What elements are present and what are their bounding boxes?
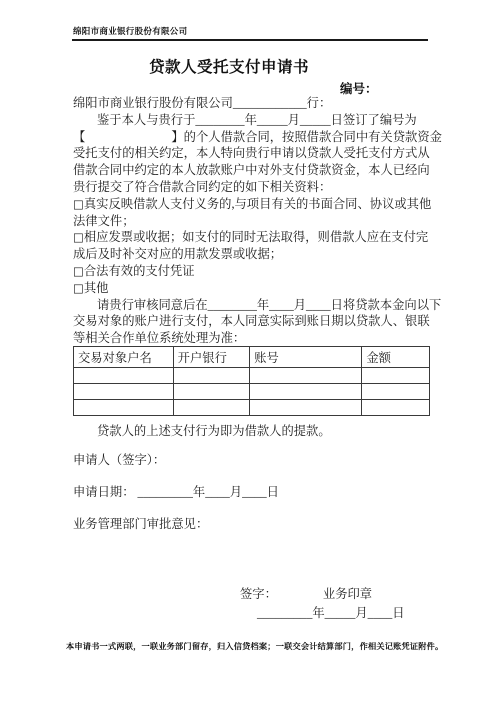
table-cell: [250, 384, 362, 400]
table-cell: [362, 384, 430, 400]
column-header-amount: 金额: [362, 347, 430, 368]
table-header-row: 交易对象户名 开户银行 账号 金额: [74, 347, 430, 368]
checkbox-label: 合法有效的支付凭证: [84, 264, 195, 278]
body-line: 【 】的个人借款合同，按照借款合同中有关贷款资金: [73, 129, 433, 146]
document-page: 绵阳市商业银行股份有限公司 贷款人受托支付申请书 编号： 绵阳市商业银行股份有限…: [0, 0, 500, 707]
signature-label: 签字：: [240, 587, 277, 601]
body-line: 交易对象的账户进行支付，本人同意实际到账日期以贷款人、银联: [73, 313, 433, 330]
application-date-line: 申请日期： _________年____月____日: [73, 482, 433, 500]
table-cell: [173, 400, 250, 416]
payment-table: 交易对象户名 开户银行 账号 金额: [73, 346, 430, 416]
drawdown-note: 贷款人的上述支付行为即为借款人的提款。: [73, 421, 433, 439]
table-cell: [74, 384, 174, 400]
body-line-checkbox: □相应发票或收据；如支付的同时无法取得，则借款人应在支付完: [73, 229, 433, 246]
body-line: 借款合同中约定的本人放款账户中对外支付贷款资金，本人已经向: [73, 162, 433, 179]
business-seal-label: 业务印章: [323, 587, 372, 601]
checkbox-label: 真实反映借款人支付义务的,与项目有关的书面合同、协议或其他: [84, 197, 431, 211]
body-line: 成后及时补交对应的用款发票或收据；: [73, 246, 433, 263]
body-line: 等相关合作单位系统处理为准：: [73, 330, 433, 347]
table-cell: [250, 400, 362, 416]
body-line: 请贵行审核同意后在________年____月____日将贷款本金向以下: [73, 297, 433, 314]
checkbox-label: 相应发票或收据；如支付的同时无法取得，则借款人应在支付完: [84, 230, 428, 244]
checkbox-icon: □: [73, 197, 84, 211]
body-line-checkbox: □合法有效的支付凭证: [73, 263, 433, 280]
body-line: 绵阳市商业银行股份有限公司____________行：: [73, 95, 433, 112]
table-row: [74, 384, 430, 400]
bank-name-header: 绵阳市商业银行股份有限公司: [73, 25, 187, 37]
body-line-checkbox: □其他: [73, 280, 433, 297]
applicant-signature-label: 申请人（签字）：: [73, 450, 433, 468]
body-line-checkbox: □真实反映借款人支付义务的,与项目有关的书面合同、协议或其他: [73, 196, 433, 213]
table-cell: [173, 368, 250, 384]
body-text: 绵阳市商业银行股份有限公司____________行： 鉴于本人与贵行于____…: [73, 95, 433, 347]
checkbox-label: 其他: [84, 281, 109, 295]
body-line: 贵行提交了符合借款合同约定的如下相关资料：: [73, 179, 433, 196]
table-row: [74, 368, 430, 384]
page-title: 贷款人受托支付申请书: [0, 55, 458, 77]
footer-note: 本申请书一式两联，一联业务部门留存，归入信贷档案；一联交会计结算部门，作相关记账…: [66, 641, 446, 652]
table-cell: [74, 400, 174, 416]
table-cell: [74, 368, 174, 384]
column-header-payee-name: 交易对象户名: [74, 347, 174, 368]
table-cell: [362, 368, 430, 384]
approval-signature-row: 签字：业务印章: [240, 584, 372, 602]
header-divider: [72, 39, 428, 41]
column-header-bank: 开户银行: [173, 347, 250, 368]
checkbox-icon: □: [73, 281, 84, 295]
checkbox-icon: □: [73, 230, 84, 244]
table-cell: [362, 400, 430, 416]
department-opinion-label: 业务管理部门审批意见：: [73, 514, 433, 532]
body-line: 受托支付的相关约定，本人特向贵行申请以贷款人受托支付方式从: [73, 145, 433, 162]
table-cell: [250, 368, 362, 384]
approval-date-line: _________年_____月____日: [257, 603, 405, 621]
checkbox-icon: □: [73, 264, 84, 278]
table-cell: [173, 384, 250, 400]
table-row: [74, 400, 430, 416]
column-header-account: 账号: [250, 347, 362, 368]
body-line: 法律文件；: [73, 213, 433, 230]
body-line: 鉴于本人与贵行于________年_____月_____日签订了编号为: [73, 112, 433, 129]
